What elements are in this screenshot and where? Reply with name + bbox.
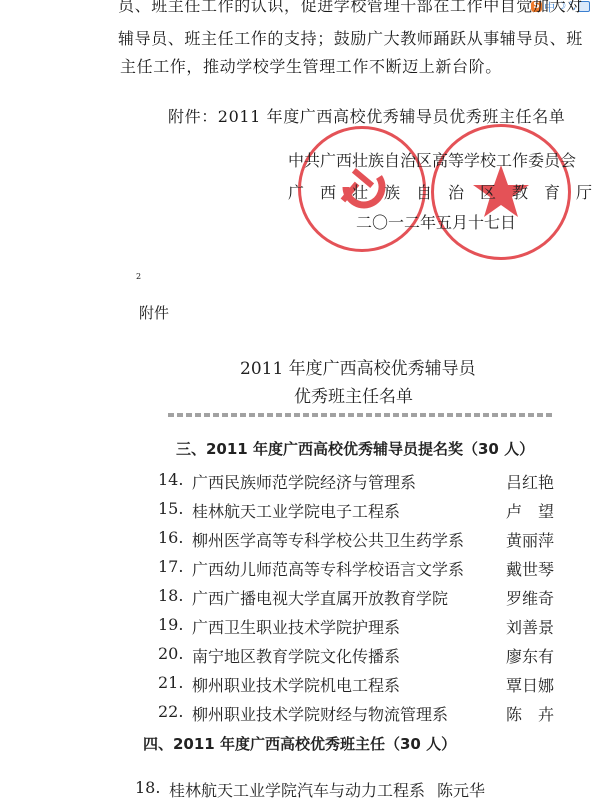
cut-off-row: [168, 413, 553, 417]
row-name: 吕红艳: [506, 470, 554, 493]
signature-org-2: 广 西 壮 族 自 治 区 教 育 厅: [288, 180, 592, 203]
section-3-heading: 三、2011 年度广西高校优秀辅导员提名奖（30 人）: [176, 438, 534, 459]
row-number: 20.: [158, 644, 183, 663]
row-unit: 柳州职业技术学院机电工程系: [192, 673, 400, 696]
row-number: 17.: [158, 557, 183, 576]
list-title-line-1: 2011 年度广西高校优秀辅导员: [240, 354, 476, 379]
row-number: 22.: [158, 702, 183, 721]
list-title-line-2: 优秀班主任名单: [294, 382, 413, 407]
paragraph-line-3: 主任工作，推动学校学生管理工作不断迈上新台阶。: [120, 54, 502, 77]
row-name: 戴世琴: [506, 557, 554, 580]
row-name: 陈 卉: [506, 702, 554, 725]
row-unit: 广西民族师范学院经济与管理系: [192, 470, 416, 493]
row-number: 19.: [158, 615, 183, 634]
row-unit: 桂林航天工业学院汽车与动力工程系: [169, 778, 425, 801]
paragraph-line-2: 辅导员、班主任工作的支持；鼓励广大教师踊跃从事辅导员、班: [118, 26, 583, 49]
row-unit: 南宁地区教育学院文化传播系: [192, 644, 400, 667]
row-number: 15.: [158, 499, 183, 518]
section-4-heading: 四、2011 年度广西高校优秀班主任（30 人）: [143, 733, 456, 754]
row-name: 黄丽萍: [506, 528, 554, 551]
viewer-margin: [0, 0, 118, 804]
row-name: 卢 望: [506, 499, 554, 522]
row-unit: 广西广播电视大学直属开放教育学院: [192, 586, 448, 609]
row-unit: 广西幼儿师范高等专科学校语言文学系: [192, 557, 464, 580]
row-name: 罗维奇: [506, 586, 554, 609]
row-name: 廖东有: [506, 644, 554, 667]
row-unit: 柳州医学高等专科学校公共卫生药学系: [192, 528, 464, 551]
signature-org-1: 中共广西壮族自治区高等学校工作委员会: [288, 148, 576, 171]
row-name: 刘善景: [506, 615, 554, 638]
paragraph-line-1: 员、班主任工作的认识，促进学校管理干部在工作中自觉加大对: [118, 0, 583, 16]
row-name: 陈元华: [437, 778, 485, 801]
row-number: 18.: [135, 778, 160, 797]
row-number: 18.: [158, 586, 183, 605]
row-unit: 桂林航天工业学院电子工程系: [192, 499, 400, 522]
row-unit: 广西卫生职业技术学院护理系: [192, 615, 400, 638]
row-number: 16.: [158, 528, 183, 547]
signature-date: 二〇一二年五月十七日: [356, 210, 516, 233]
page-number: 2: [136, 272, 141, 281]
row-unit: 柳州职业技术学院财经与物流管理系: [192, 702, 448, 725]
row-name: 覃日娜: [506, 673, 554, 696]
attachment-label: 附件: [139, 302, 169, 323]
row-number: 14.: [158, 470, 183, 489]
row-number: 21.: [158, 673, 183, 692]
